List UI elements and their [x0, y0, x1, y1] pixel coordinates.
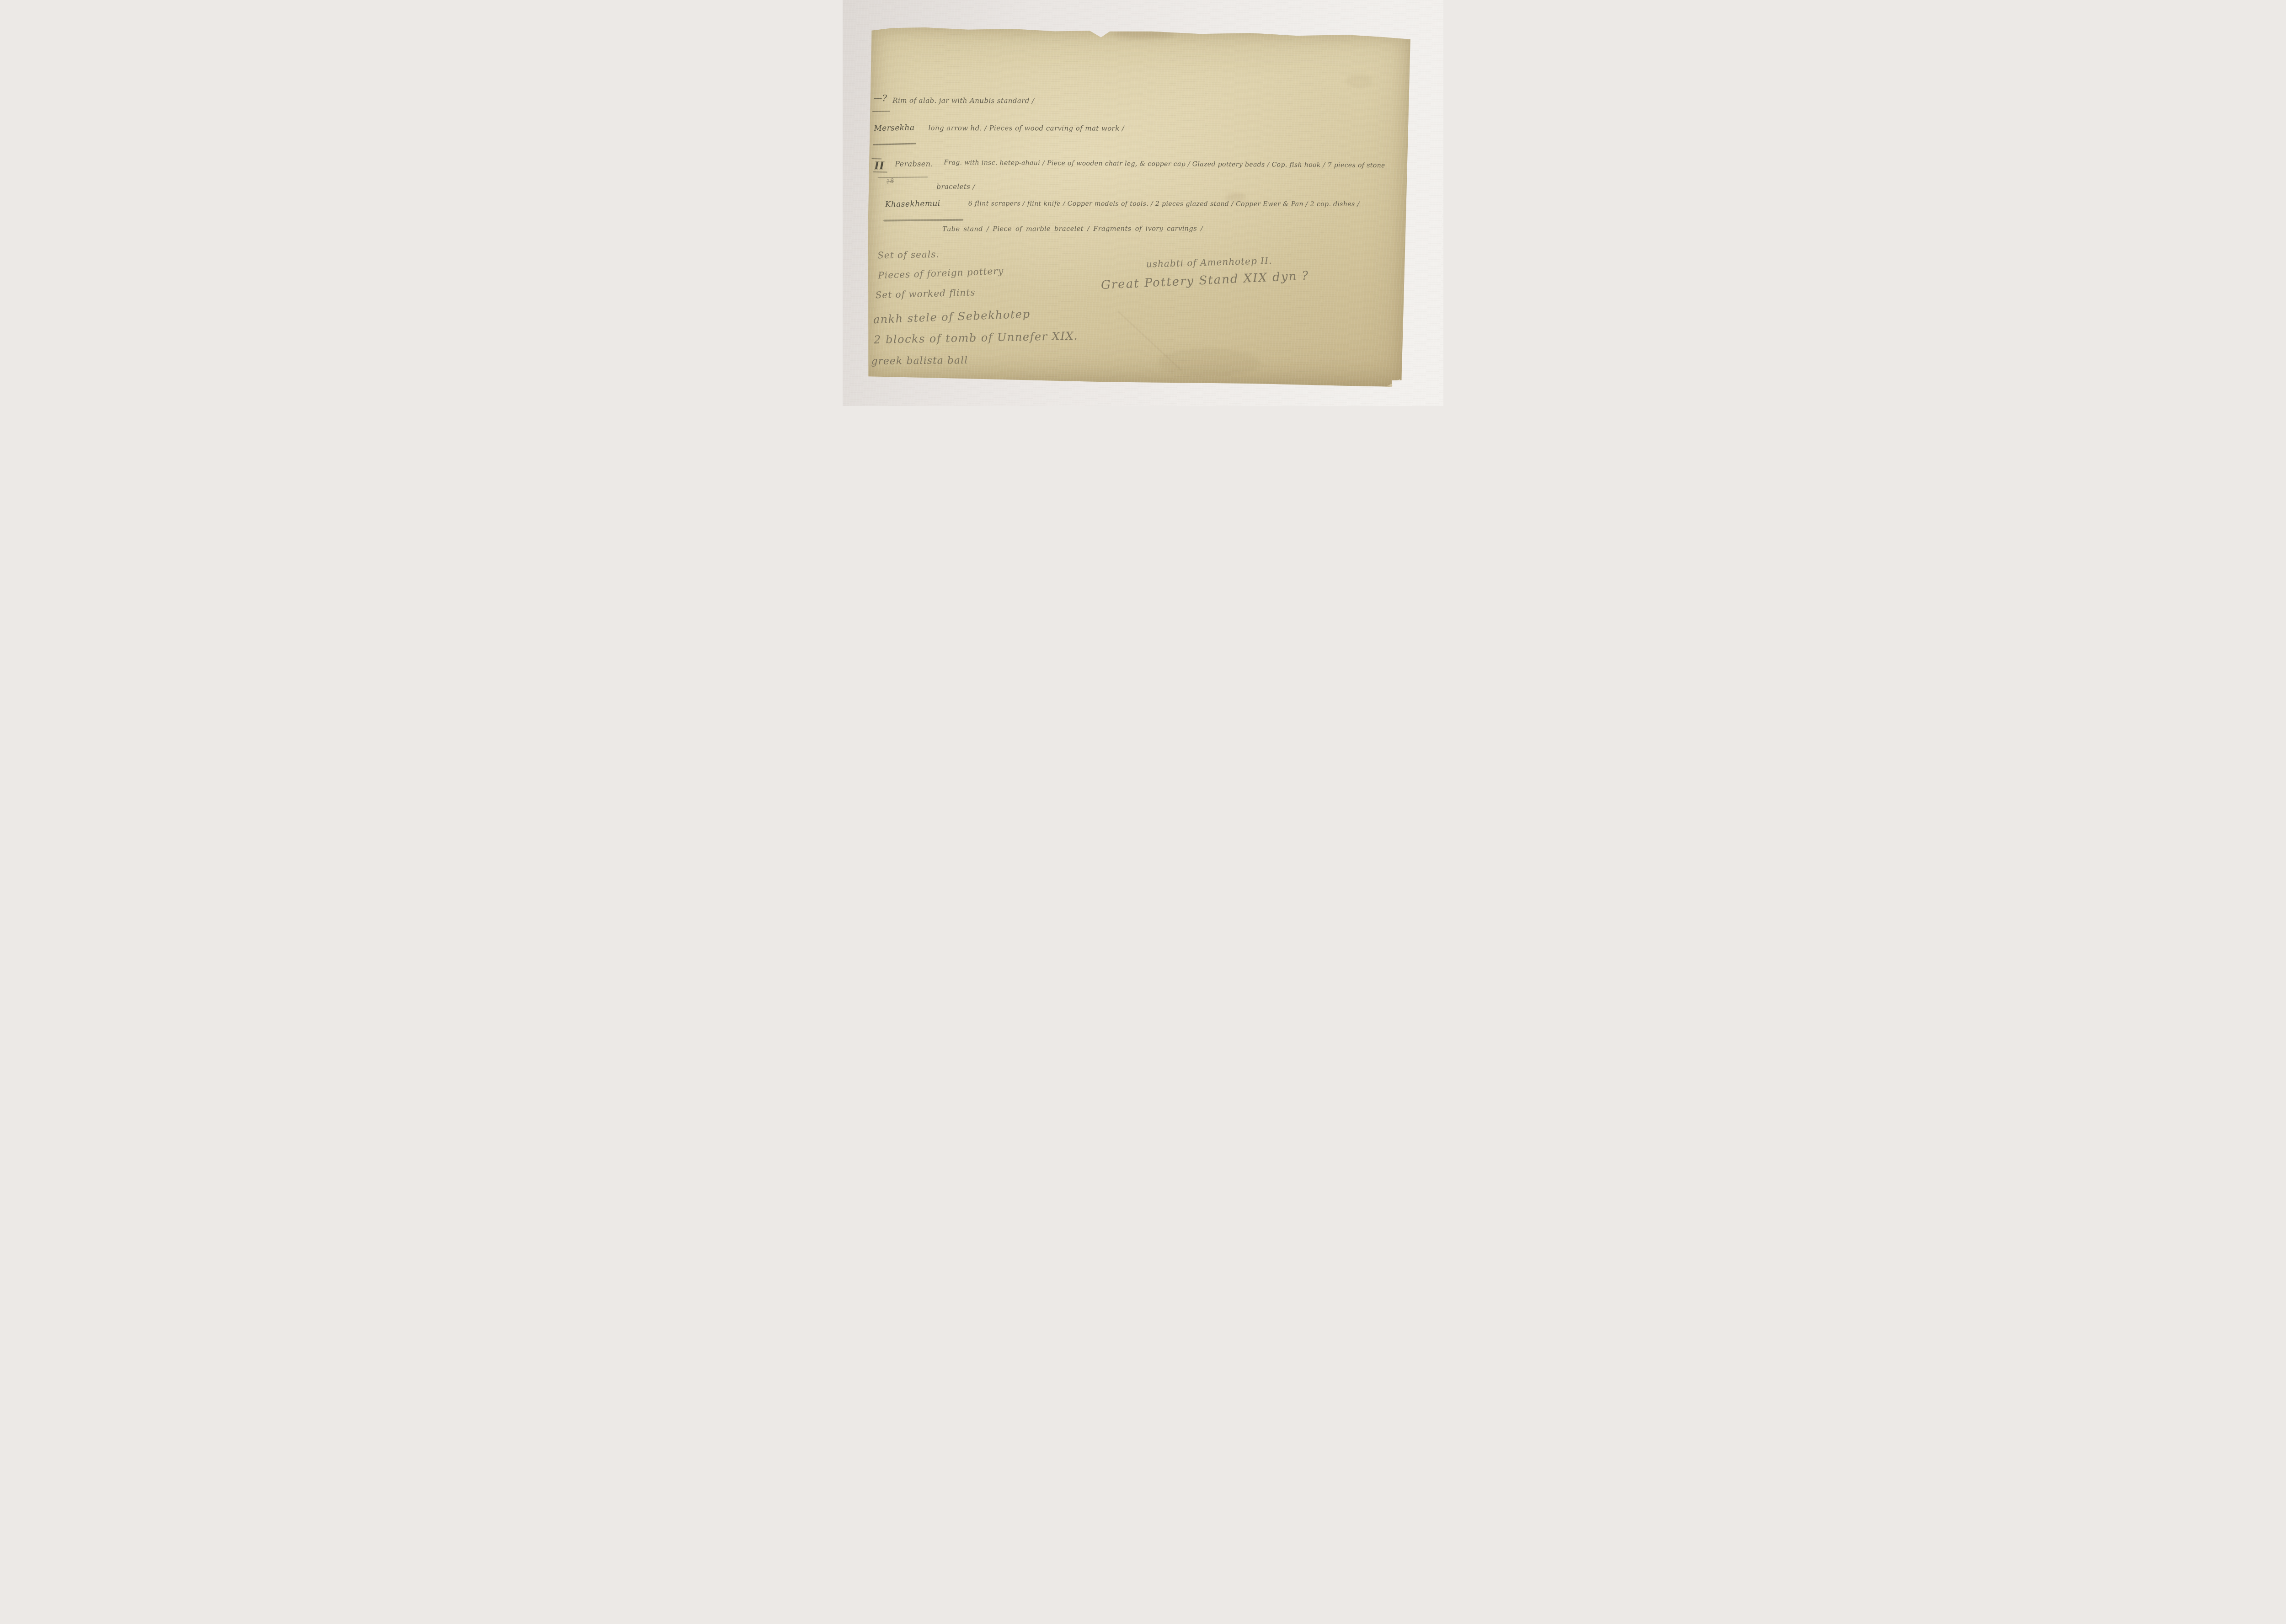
khasekhemui-label: Khasekhemui	[885, 199, 940, 209]
note-tomb-blocks: 2 blocks of tomb of Unnefer XIX.	[873, 330, 1078, 347]
entry1-marker-underline	[872, 111, 890, 112]
khasekhemui-items: 6 flint scrapers / flint knife / Copper …	[968, 200, 1359, 208]
struck-number: 18	[886, 178, 895, 186]
khasekhemui-items-wrap: Tube stand / Piece of marble bracelet / …	[942, 225, 1203, 233]
perabsen-items-wrap: bracelets /	[936, 182, 975, 191]
tomb-number-label: II	[874, 160, 884, 172]
tomb-number-underline-short	[873, 171, 887, 173]
mersekha-label: Mersekha	[874, 123, 914, 133]
tomb-number-underline-long	[878, 176, 928, 178]
note-ushabti: ushabti of Amenhotep II.	[1146, 255, 1272, 269]
note-ankh-stele: ankh stele of Sebekhotep	[873, 308, 1031, 326]
perabsen-items: Frag. with insc. hetep-ahaui / Piece of …	[944, 159, 1386, 169]
note-foreign-pottery: Pieces of foreign pottery	[878, 265, 1004, 281]
entry1-items: Rim of alab. jar with Anubis standard /	[892, 96, 1034, 105]
photo-backdrop: —? Rim of alab. jar with Anubis standard…	[843, 0, 1443, 406]
note-set-of-seals: Set of seals.	[877, 248, 940, 261]
mersekha-underline	[873, 143, 916, 146]
perabsen-label: Perabsen.	[895, 159, 933, 168]
paper-sheet: —? Rim of alab. jar with Anubis standard…	[865, 24, 1411, 387]
khasekhemui-underline	[883, 219, 963, 222]
note-balista-ball: greek balista ball	[871, 355, 968, 367]
crease-line	[1118, 311, 1182, 370]
corner-fold	[1386, 379, 1400, 387]
note-worked-flints: Set of worked flints	[875, 287, 976, 300]
stain	[1114, 30, 1173, 39]
mersekha-items: long arrow hd. / Pieces of wood carving …	[928, 123, 1124, 132]
note-pottery-stand: Great Pottery Stand XIX dyn ?	[1100, 269, 1309, 293]
entry1-marker: —?	[874, 93, 887, 103]
stain	[1346, 74, 1373, 88]
